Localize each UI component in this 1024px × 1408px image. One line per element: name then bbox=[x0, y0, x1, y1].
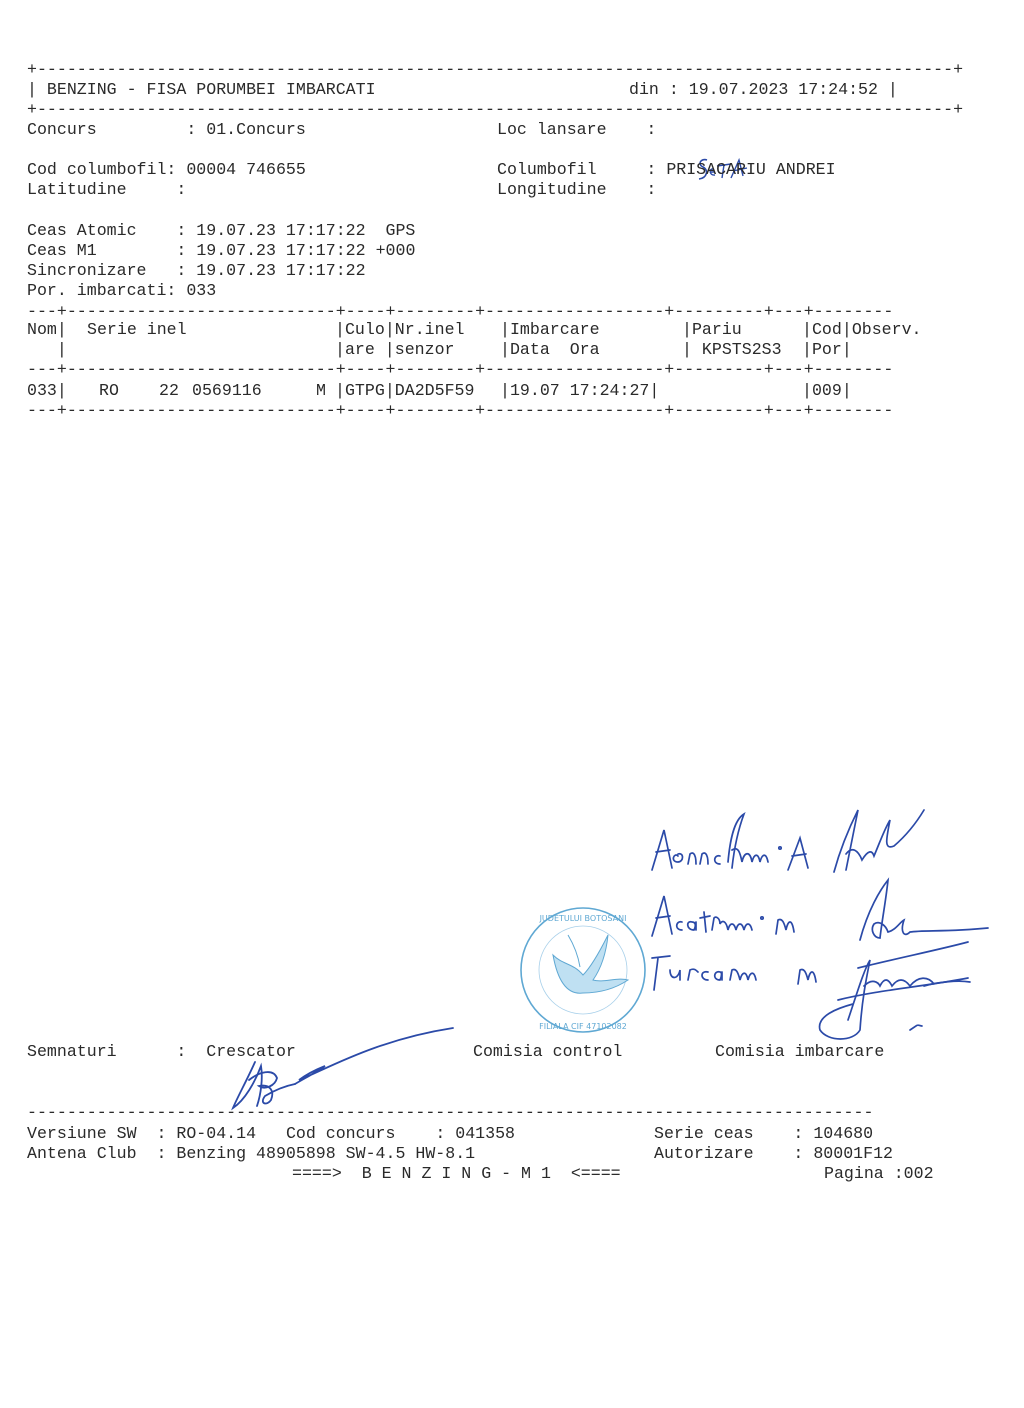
sincronizare-label: Sincronizare bbox=[27, 261, 147, 280]
por-imbarcati-value: 033 bbox=[186, 281, 216, 300]
table-header-row-1: Nom| bbox=[27, 320, 67, 340]
antena-club-label: Antena Club bbox=[27, 1144, 137, 1163]
col-header-culoare: |Culo|Nr.inel bbox=[335, 320, 465, 340]
benzing-banner: ====> B E N Z I N G - M 1 <==== bbox=[292, 1164, 621, 1184]
ceas-m1-suffix: +000 bbox=[376, 241, 416, 260]
sincronizare-row: Sincronizare : 19.07.23 17:17:22 bbox=[27, 261, 366, 281]
col-header-nom: Nom bbox=[27, 320, 57, 339]
col-header-cod: |Cod|Observ. bbox=[802, 320, 922, 340]
handwritten-commission-names bbox=[648, 790, 993, 1050]
table-row: 033| bbox=[27, 381, 67, 401]
signature-comisia-control-label: Comisia control bbox=[473, 1042, 622, 1062]
latitudine-label: Latitudine bbox=[27, 180, 127, 199]
col-header-pariu: |Pariu bbox=[682, 320, 742, 340]
table-border-mid: ---+---------------------------+----+---… bbox=[27, 360, 893, 380]
ceas-m1-value: 19.07.23 17:17:22 bbox=[196, 241, 365, 260]
col-header-observ: Observ. bbox=[852, 320, 922, 339]
ceas-atomic-suffix: GPS bbox=[386, 221, 416, 240]
document-title: BENZING - FISA PORUMBEI IMBARCATI bbox=[47, 80, 376, 99]
pagina-label: Pagina bbox=[824, 1164, 884, 1183]
autorizare-value: 80001F12 bbox=[813, 1144, 893, 1163]
date-value: 19.07.2023 17:24:52 bbox=[689, 80, 878, 99]
cell-an: 22 bbox=[159, 381, 179, 401]
antena-club-row: Antena Club : Benzing 48905898 SW-4.5 HW… bbox=[27, 1144, 475, 1164]
versiune-sw-value: RO-04.14 bbox=[176, 1124, 256, 1143]
autorizare-label: Autorizare bbox=[654, 1144, 754, 1163]
cell-nr-inel-senzor: DA2D5F59 bbox=[395, 381, 475, 400]
ceas-m1-row: Ceas M1 : 19.07.23 17:17:22 +000 bbox=[27, 241, 415, 261]
por-imbarcati-row: Por. imbarcati: 033 bbox=[27, 281, 216, 301]
col-header-cod-2: |Por| bbox=[802, 340, 852, 360]
cell-sex: M bbox=[316, 381, 326, 401]
concurs-label: Concurs bbox=[27, 120, 97, 139]
col-header-cod-line2: Por bbox=[812, 340, 842, 359]
col-header-imbarcare: |Imbarcare bbox=[500, 320, 600, 340]
loc-lansare-row: Loc lansare : bbox=[497, 120, 656, 140]
footer: ----------------------------------------… bbox=[27, 1103, 962, 1183]
table-border-bottom: ---+---------------------------+----+---… bbox=[27, 401, 893, 421]
club-stamp: JUDETULUI BOTOSANI FILIALA CIF 47102082 bbox=[508, 905, 658, 1035]
header-box: +---------------------------------------… bbox=[27, 60, 962, 120]
cell-nr: 0569116 bbox=[192, 381, 262, 401]
cod-columbofil-label: Cod columbofil bbox=[27, 160, 166, 179]
header-date: din : 19.07.2023 17:24:52 | bbox=[629, 80, 898, 100]
cell-culoare-value: GTPG bbox=[345, 381, 385, 400]
col-header-imbarcare-2: |Data Ora bbox=[500, 340, 600, 360]
cod-columbofil-row: Cod columbofil: 00004 746655 bbox=[27, 160, 306, 180]
table-header-row-2: | bbox=[27, 340, 67, 360]
cell-culoare: |GTPG|DA2D5F59 bbox=[335, 381, 474, 401]
pagina-row: Pagina :002 bbox=[824, 1164, 934, 1184]
col-header-pariu-line1: Pariu bbox=[692, 320, 742, 339]
signatures-row: Semnaturi : Crescator Comisia control Co… bbox=[27, 1042, 962, 1062]
table-border-top: ---+---------------------------+----+---… bbox=[27, 302, 893, 322]
svg-text:FILIALA CIF 47102082: FILIALA CIF 47102082 bbox=[539, 1022, 627, 1031]
ceas-m1-label: Ceas M1 bbox=[27, 241, 97, 260]
concurs-row: Concurs : 01.Concurs bbox=[27, 120, 306, 140]
latitudine-row: Latitudine : bbox=[27, 180, 196, 200]
loc-lansare-label: Loc lansare bbox=[497, 120, 607, 139]
serie-ceas-row: Serie ceas : 104680 bbox=[654, 1124, 873, 1144]
crescator-signature bbox=[225, 1020, 465, 1115]
col-header-serie-inel: Serie inel bbox=[87, 320, 187, 340]
col-header-pariu-line2: KPSTS2S3 bbox=[702, 340, 782, 359]
cell-nom: 033 bbox=[27, 381, 57, 400]
cell-cod-por: |009| bbox=[802, 381, 852, 401]
col-header-imbarcare-line1: Imbarcare bbox=[510, 320, 600, 339]
col-header-nr-inel-line2: senzor bbox=[395, 340, 455, 359]
longitudine-row: Longitudine : bbox=[497, 180, 666, 200]
pagina-value: 002 bbox=[904, 1164, 934, 1183]
cell-tara: RO bbox=[99, 381, 119, 401]
col-header-culoare-2: |are |senzor bbox=[335, 340, 455, 360]
header-row: | BENZING - FISA PORUMBEI IMBARCATI bbox=[27, 80, 376, 100]
header-border-top: +---------------------------------------… bbox=[27, 60, 963, 80]
signature-comisia-imbarcare-label: Comisia imbarcare bbox=[715, 1042, 884, 1062]
clocks-section: Ceas Atomic : 19.07.23 17:17:22 GPS Ceas… bbox=[27, 221, 962, 301]
col-header-pariu-2: | KPSTS2S3 bbox=[682, 340, 782, 360]
ceas-atomic-label: Ceas Atomic bbox=[27, 221, 137, 240]
versiune-sw-label: Versiune SW bbox=[27, 1124, 137, 1143]
cell-imbarcare: |19.07 17:24:27| bbox=[500, 381, 659, 401]
col-header-culoare-line1: Culo bbox=[345, 320, 385, 339]
cod-columbofil-value: 00004 746655 bbox=[186, 160, 306, 179]
ceas-atomic-value: 19.07.23 17:17:22 bbox=[196, 221, 365, 240]
cell-imbarcare-value: 19.07 17:24:27 bbox=[510, 381, 649, 400]
col-header-nr-inel-line1: Nr.inel bbox=[395, 320, 465, 339]
svg-text:JUDETULUI BOTOSANI: JUDETULUI BOTOSANI bbox=[539, 914, 627, 923]
pigeons-table: ---+---------------------------+----+---… bbox=[27, 302, 962, 422]
columbofil-row: Columbofil : PRISACARIU ANDREI bbox=[497, 160, 836, 180]
signatures-label: Semnaturi bbox=[27, 1042, 117, 1061]
por-imbarcati-label: Por. imbarcati bbox=[27, 281, 166, 300]
col-header-imbarcare-line2: Data Ora bbox=[510, 340, 600, 359]
footer-separator: ----------------------------------------… bbox=[27, 1103, 873, 1123]
date-label: din bbox=[629, 80, 659, 99]
info-section: Concurs : 01.Concurs Loc lansare : Cod c… bbox=[27, 120, 962, 200]
header-border-bottom: +---------------------------------------… bbox=[27, 100, 963, 120]
antena-club-value: Benzing 48905898 SW-4.5 HW-8.1 bbox=[176, 1144, 475, 1163]
autorizare-row: Autorizare : 80001F12 bbox=[654, 1144, 893, 1164]
cell-cod-por-value: 009 bbox=[812, 381, 842, 400]
serie-ceas-label: Serie ceas bbox=[654, 1124, 754, 1143]
versiune-sw-row: Versiune SW : RO-04.14 Cod concurs : 041… bbox=[27, 1124, 515, 1144]
cod-concurs-label: Cod concurs bbox=[286, 1124, 396, 1143]
concurs-value: 01.Concurs bbox=[206, 120, 306, 139]
serie-ceas-value: 104680 bbox=[813, 1124, 873, 1143]
col-header-culoare-line2: are bbox=[345, 340, 375, 359]
sincronizare-value: 19.07.23 17:17:22 bbox=[196, 261, 365, 280]
cod-concurs-value: 041358 bbox=[455, 1124, 515, 1143]
ceas-atomic-row: Ceas Atomic : 19.07.23 17:17:22 GPS bbox=[27, 221, 415, 241]
columbofil-label: Columbofil bbox=[497, 160, 597, 179]
col-header-cod-line1: Cod bbox=[812, 320, 842, 339]
columbofil-value: PRISACARIU ANDREI bbox=[666, 160, 835, 179]
longitudine-label: Longitudine bbox=[497, 180, 607, 199]
